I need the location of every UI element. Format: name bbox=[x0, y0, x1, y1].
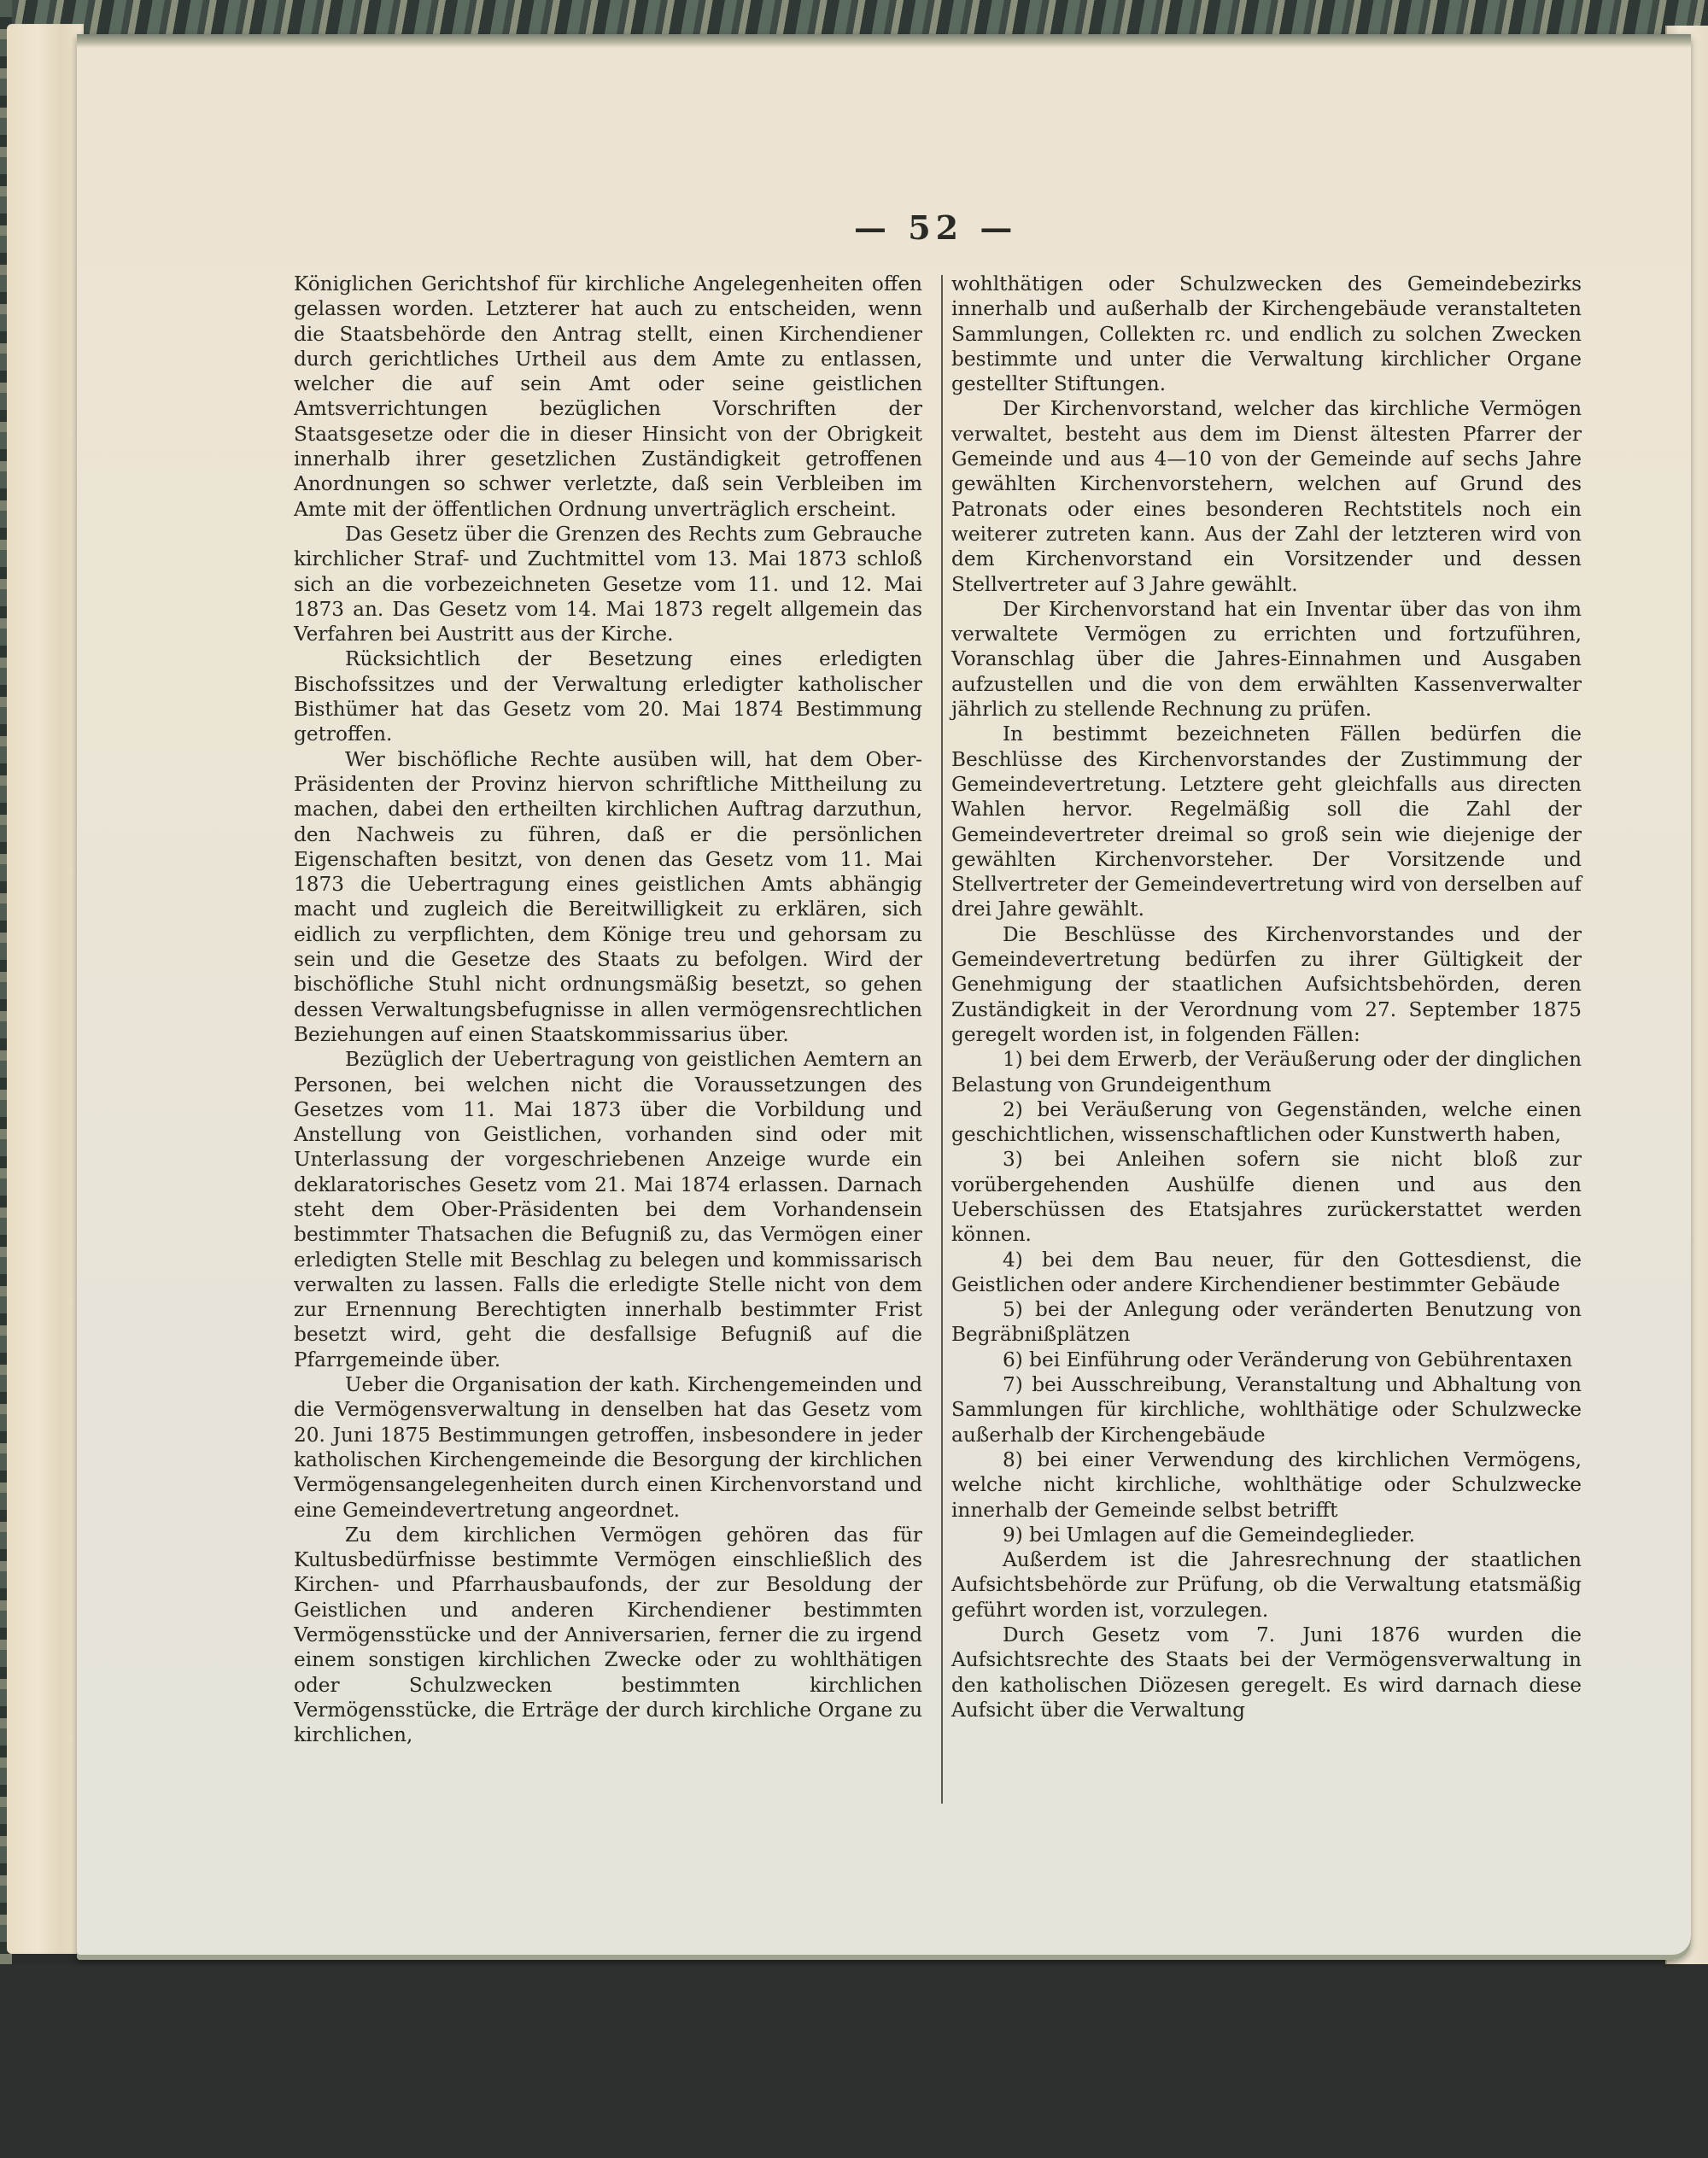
paragraph: Außerdem ist die Jahresrechnung der staa… bbox=[951, 1547, 1582, 1623]
list-item: 3) bei Anleihen sofern sie nicht bloß zu… bbox=[951, 1147, 1582, 1247]
list-item: 2) bei Veräußerung von Gegenständen, wel… bbox=[951, 1097, 1582, 1148]
paragraph: Ueber die Organisation der kath. Kirchen… bbox=[294, 1372, 922, 1523]
paragraph: Bezüglich der Uebertragung von geistlich… bbox=[294, 1047, 922, 1372]
list-item: 4) bei dem Bau neuer, für den Gottesdien… bbox=[951, 1248, 1582, 1298]
paragraph: Königlichen Gerichtshof für kirchliche A… bbox=[294, 272, 922, 522]
list-item: 5) bei der Anlegung oder veränderten Ben… bbox=[951, 1297, 1582, 1348]
paragraph: Der Kirchenvorstand, welcher das kirchli… bbox=[951, 396, 1582, 596]
paragraph: Die Beschlüsse des Kirchenvorstandes und… bbox=[951, 922, 1582, 1047]
list-item: 9) bei Umlagen auf die Gemeindeglieder. bbox=[951, 1523, 1582, 1547]
paragraph: Durch Gesetz vom 7. Juni 1876 wurden die… bbox=[951, 1623, 1582, 1722]
page-number: — 52 — bbox=[854, 208, 1017, 247]
left-text-column: Königlichen Gerichtshof für kirchliche A… bbox=[294, 272, 922, 1748]
list-item: 8) bei einer Verwendung des kirchlichen … bbox=[951, 1447, 1582, 1523]
paragraph: wohlthätigen oder Schulzwecken des Gemei… bbox=[951, 272, 1582, 396]
right-text-column: wohlthätigen oder Schulzwecken des Gemei… bbox=[951, 272, 1582, 1722]
paragraph: Rücksichtlich der Besetzung eines erledi… bbox=[294, 646, 922, 746]
background-shadow bbox=[0, 1964, 1708, 2158]
list-item: 7) bei Ausschreibung, Veranstaltung und … bbox=[951, 1372, 1582, 1447]
paragraph: Das Gesetz über die Grenzen des Rechts z… bbox=[294, 522, 922, 646]
list-item: 1) bei dem Erwerb, der Veräußerung oder … bbox=[951, 1047, 1582, 1097]
page-top-shading bbox=[77, 34, 1691, 48]
column-divider bbox=[941, 275, 943, 1804]
page-stack-left bbox=[7, 24, 84, 1954]
paragraph: Der Kirchenvorstand hat ein Inventar übe… bbox=[951, 597, 1582, 722]
paragraph: Wer bischöfliche Rechte ausüben will, ha… bbox=[294, 747, 922, 1048]
list-item: 6) bei Einführung oder Veränderung von G… bbox=[951, 1348, 1582, 1372]
paragraph: In bestimmt bezeichneten Fällen bedürfen… bbox=[951, 722, 1582, 921]
paragraph: Zu dem kirchlichen Vermögen gehören das … bbox=[294, 1523, 922, 1748]
